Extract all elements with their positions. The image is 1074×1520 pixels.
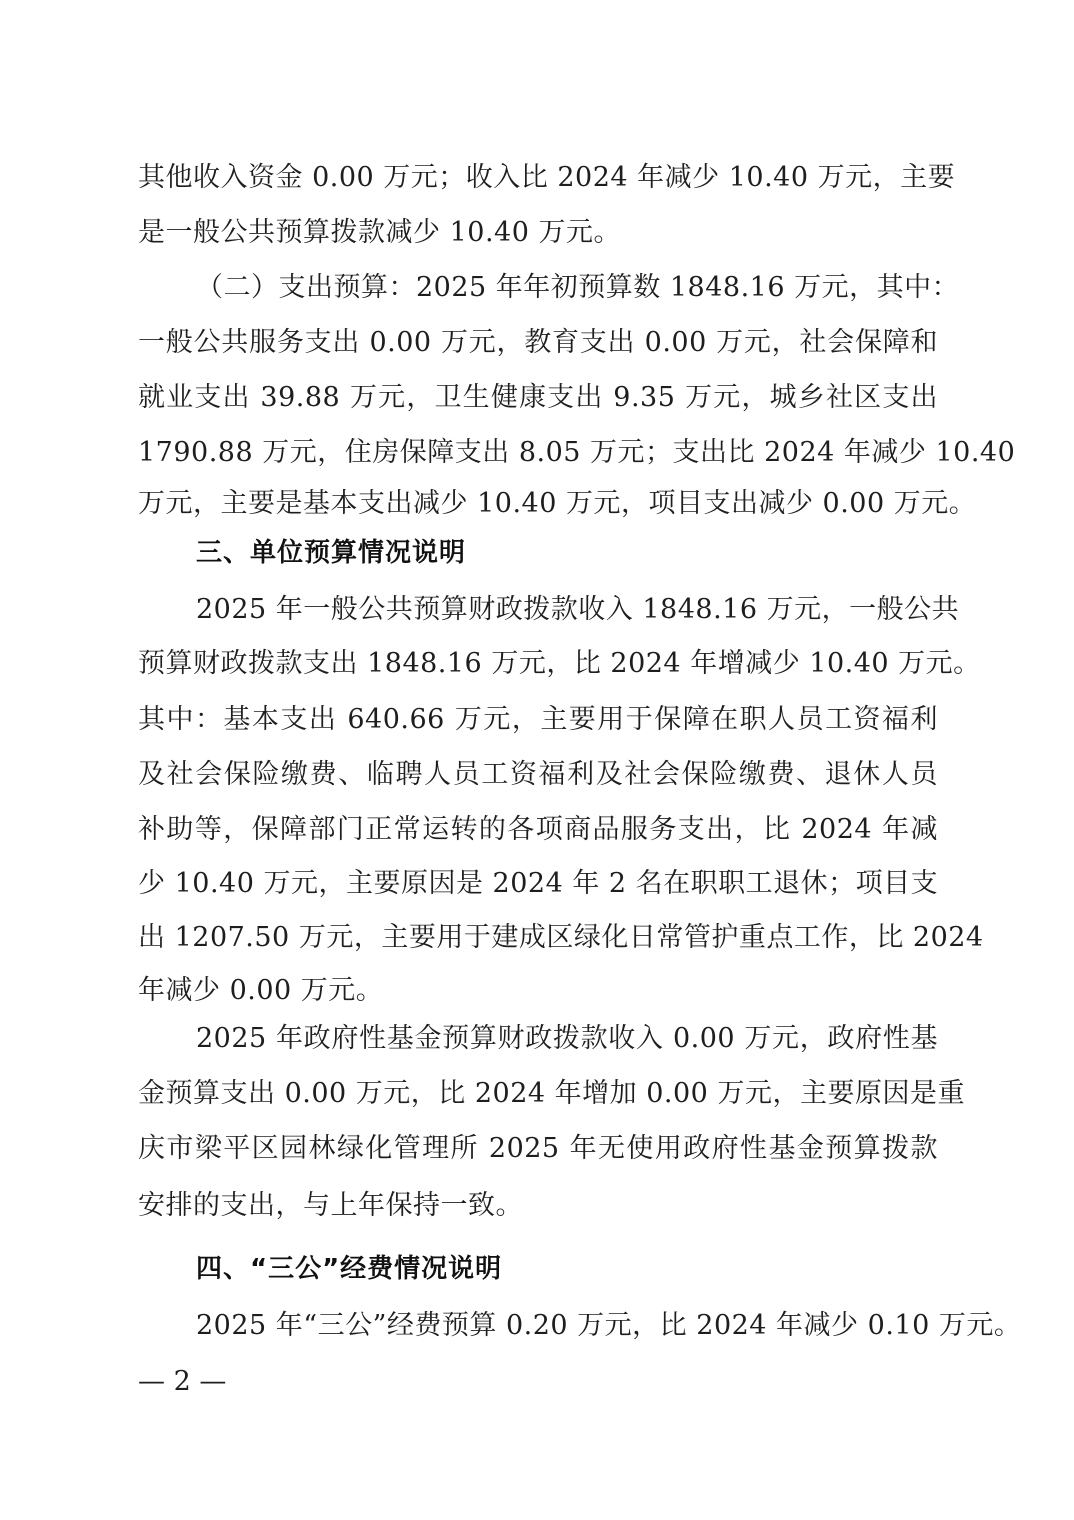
page-number: — 2 — <box>138 1362 226 1402</box>
paragraph-line: 一般公共服务支出 0.00 万元，教育支出 0.00 万元，社会保障和 <box>138 323 938 363</box>
section-heading-unit-budget: 三、单位预算情况说明 <box>196 533 466 573</box>
paragraph-line: 补助等，保障部门正常运转的各项商品服务支出，比 2024 年减 <box>138 810 938 850</box>
paragraph-line: 及社会保险缴费、临聘人员工资福利及社会保险缴费、退休人员 <box>138 755 938 795</box>
paragraph-line: 其中：基本支出 640.66 万元，主要用于保障在职人员工资福利 <box>138 700 938 740</box>
paragraph-line: 其他收入资金 0.00 万元；收入比 2024 年减少 10.40 万元，主要 <box>138 158 938 198</box>
section-heading-three-public-expenses: 四、“三公”经费情况说明 <box>196 1249 502 1289</box>
paragraph-line: 2025 年“三公”经费预算 0.20 万元，比 2024 年减少 0.10 万… <box>196 1306 938 1346</box>
expenditure-budget-paragraph-line: （二）支出预算：2025 年年初预算数 1848.16 万元，其中： <box>196 268 938 308</box>
paragraph-line: 是一般公共预算拨款减少 10.40 万元。 <box>138 213 938 253</box>
paragraph-line: 安排的支出，与上年保持一致。 <box>138 1186 938 1226</box>
paragraph-line: 预算财政拨款支出 1848.16 万元，比 2024 年增减少 10.40 万元… <box>138 644 938 684</box>
paragraph-line: 出 1207.50 万元，主要用于建成区绿化日常管护重点工作，比 2024 <box>138 918 938 958</box>
paragraph-line: 1790.88 万元，住房保障支出 8.05 万元；支出比 2024 年减少 1… <box>138 433 938 473</box>
paragraph-line: 万元，主要是基本支出减少 10.40 万元，项目支出减少 0.00 万元。 <box>138 484 938 524</box>
paragraph-line: 就业支出 39.88 万元，卫生健康支出 9.35 万元，城乡社区支出 <box>138 378 938 418</box>
paragraph-line: 少 10.40 万元，主要原因是 2024 年 2 名在职职工退休；项目支 <box>138 864 938 904</box>
paragraph-line: 年减少 0.00 万元。 <box>138 971 938 1011</box>
paragraph-line: 2025 年政府性基金预算财政拨款收入 0.00 万元，政府性基 <box>196 1019 938 1059</box>
document-page: 其他收入资金 0.00 万元；收入比 2024 年减少 10.40 万元，主要 … <box>0 0 1074 1520</box>
paragraph-line: 金预算支出 0.00 万元，比 2024 年增加 0.00 万元，主要原因是重 <box>138 1074 938 1114</box>
paragraph-line: 庆市梁平区园林绿化管理所 2025 年无使用政府性基金预算拨款 <box>138 1129 938 1169</box>
paragraph-line: 2025 年一般公共预算财政拨款收入 1848.16 万元，一般公共 <box>196 590 938 630</box>
